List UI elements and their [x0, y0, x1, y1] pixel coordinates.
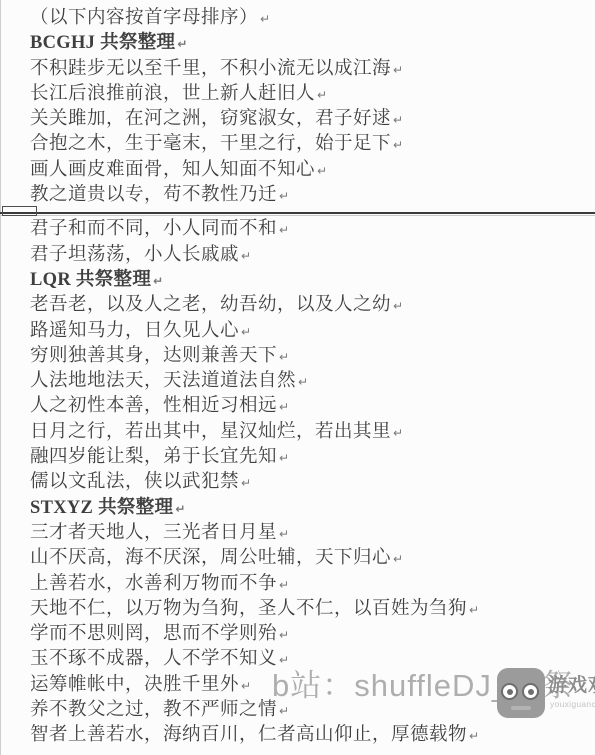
document-line: 穷则独善其身，达则兼善天下↵ — [30, 344, 595, 369]
line-text: 上善若水，水善利万物而不争 — [30, 574, 277, 594]
document-line: 合抱之木，生于毫末，干里之行，始于足下↵ — [30, 132, 595, 157]
document-line: 天地不仁，以万物为刍狗，圣人不仁，以百姓为刍狗↵ — [30, 597, 595, 622]
document-line: 君子和而不同，小人同而不和↵ — [30, 217, 595, 242]
paragraph-return-mark: ↵ — [298, 375, 309, 389]
page-break-divider — [0, 208, 595, 217]
paragraph-return-mark: ↵ — [241, 679, 252, 693]
line-text: （以下内容按首字母排序） — [30, 8, 258, 28]
line-text: BCGHJ 共祭整理 — [30, 33, 175, 53]
paragraph-return-mark: ↵ — [317, 164, 328, 178]
page-break-line-shadow — [0, 215, 595, 216]
line-text: STXYZ 共祭整理 — [30, 498, 173, 518]
paragraph-return-mark: ↵ — [393, 113, 404, 127]
line-text: LQR 共祭整理 — [30, 270, 151, 290]
paragraph-return-mark: ↵ — [393, 138, 404, 152]
line-text: 智者上善若水，海纳百川，仁者高山仰止，厚德载物 — [30, 725, 467, 745]
paragraph-return-mark: ↵ — [393, 63, 404, 77]
line-text: 融四岁能让梨，弟于长宜先知 — [30, 447, 277, 467]
document-line: 君子坦荡荡，小人长戚戚↵ — [30, 243, 595, 268]
line-text: 玉不琢不成器，人不学不知义 — [30, 649, 277, 669]
line-text: 君子坦荡荡，小人长戚戚 — [30, 245, 239, 265]
document-line: 学而不思则罔，思而不学则殆↵ — [30, 622, 595, 647]
document-line: 上善若水，水善利万物而不争↵ — [30, 572, 595, 597]
gamepad-icon — [497, 668, 545, 718]
paragraph-return-mark: ↵ — [279, 189, 290, 203]
document-line: 儒以文乱法，侠以武犯禁↵ — [30, 470, 595, 495]
line-text: 山不厌高，海不厌深，周公吐辅，天下归心 — [30, 548, 391, 568]
line-text: 养不教父之过，教不严师之情 — [30, 700, 277, 720]
paragraph-return-mark: ↵ — [177, 37, 187, 51]
section-header: LQR 共祭整理↵ — [30, 268, 595, 293]
paragraph-return-mark: ↵ — [393, 299, 404, 313]
document-line: 人法地地法天，天法道道法自然↵ — [30, 369, 595, 394]
paragraph-return-mark: ↵ — [153, 274, 163, 288]
document-line: 三才者天地人，三光者日月星↵ — [30, 521, 595, 546]
line-text: 三才者天地人，三光者日月星 — [30, 523, 277, 543]
paragraph-return-mark: ↵ — [241, 476, 252, 490]
line-text: 天地不仁，以万物为刍狗，圣人不仁，以百姓为刍狗 — [30, 599, 467, 619]
document-line: 不积跬步无以至千里，不积小流无以成江海↵ — [30, 57, 595, 82]
paragraph-return-mark: ↵ — [393, 552, 404, 566]
line-text: 运筹帷帐中，决胜千里外 — [30, 675, 239, 695]
paragraph-return-mark: ↵ — [317, 88, 328, 102]
paragraph-return-mark: ↵ — [469, 729, 480, 743]
paragraph-return-mark: ↵ — [279, 451, 290, 465]
line-text: 不积跬步无以至千里，不积小流无以成江海 — [30, 59, 391, 79]
line-text: 人法地地法天，天法道道法自然 — [30, 371, 296, 391]
line-text: 日月之行，若出其中，星汉灿烂，若出其里 — [30, 422, 391, 442]
section-header: STXYZ 共祭整理↵ — [30, 496, 595, 521]
document-line: 日月之行，若出其中，星汉灿烂，若出其里↵ — [30, 420, 595, 445]
section-header: BCGHJ 共祭整理↵ — [30, 31, 595, 56]
line-text: 关关雎加，在河之洲，窃窕淑女，君子好逑 — [30, 109, 391, 129]
line-text: 教之道贵以专，苟不教性乃迁 — [30, 185, 277, 205]
line-text: 画人画皮难面骨，知人知面不知心 — [30, 160, 315, 180]
paragraph-return-mark: ↵ — [393, 426, 404, 440]
document-line: 画人画皮难面骨，知人知面不知心↵ — [30, 158, 595, 183]
document-page: （以下内容按首字母排序）↵BCGHJ 共祭整理↵不积跬步无以至千里，不积小流无以… — [0, 0, 595, 755]
paragraph-return-mark: ↵ — [469, 603, 480, 617]
document-line: 关关雎加，在河之洲，窃窕淑女，君子好逑↵ — [30, 107, 595, 132]
line-text: 老吾老，以及人之老，幼吾幼，以及人之幼 — [30, 295, 391, 315]
logo-url: youxiguancha.com — [550, 699, 595, 709]
paragraph-return-mark: ↵ — [279, 350, 290, 364]
document-line: 教之道贵以专，苟不教性乃迁↵ — [30, 183, 595, 208]
document-line: （以下内容按首字母排序）↵ — [30, 6, 595, 31]
paragraph-return-mark: ↵ — [279, 578, 290, 592]
paragraph-return-mark: ↵ — [175, 502, 185, 516]
paragraph-return-mark: ↵ — [241, 325, 252, 339]
line-text: 君子和而不同，小人同而不和 — [30, 219, 277, 239]
line-text: 路遥知马力，日久见人心 — [30, 321, 239, 341]
paragraph-return-mark: ↵ — [279, 628, 290, 642]
gamepad-eye-left — [501, 683, 518, 700]
line-text: 人之初性本善，性相近习相远 — [30, 396, 277, 416]
line-text: 长江后浪推前浪，世上新人赶旧人 — [30, 84, 315, 104]
logo-name: 游戏观察 — [548, 675, 595, 697]
paragraph-return-mark: ↵ — [279, 704, 290, 718]
gamepad-eye-right — [522, 683, 539, 700]
paragraph-return-mark: ↵ — [279, 223, 290, 237]
document-lines: （以下内容按首字母排序）↵BCGHJ 共祭整理↵不积跬步无以至千里，不积小流无以… — [0, 6, 595, 749]
game-observer-logo: 游戏观察 youxiguancha.com — [496, 666, 595, 724]
paragraph-return-mark: ↵ — [279, 527, 290, 541]
document-line: 长江后浪推前浪，世上新人赶旧人↵ — [30, 82, 595, 107]
document-line: 路遥知马力，日久见人心↵ — [30, 319, 595, 344]
line-text: 学而不思则罔，思而不学则殆 — [30, 624, 277, 644]
paragraph-return-mark: ↵ — [260, 12, 271, 26]
document-line: 人之初性本善，性相近习相远↵ — [30, 394, 595, 419]
document-line: 智者上善若水，海纳百川，仁者高山仰止，厚德载物↵ — [30, 723, 595, 748]
paragraph-return-mark: ↵ — [279, 400, 290, 414]
line-text: 儒以文乱法，侠以武犯禁 — [30, 472, 239, 492]
page-break-tab — [2, 206, 37, 216]
paragraph-return-mark: ↵ — [241, 249, 252, 263]
line-text: 合抱之木，生于毫末，干里之行，始于足下 — [30, 134, 391, 154]
document-line: 山不厌高，海不厌深，周公吐辅，天下归心↵ — [30, 546, 595, 571]
document-line: 融四岁能让梨，弟于长宜先知↵ — [30, 445, 595, 470]
gamepad-slot — [511, 706, 531, 710]
page-break-line — [0, 212, 595, 214]
document-line: 老吾老，以及人之老，幼吾幼，以及人之幼↵ — [30, 293, 595, 318]
line-text: 穷则独善其身，达则兼善天下 — [30, 346, 277, 366]
